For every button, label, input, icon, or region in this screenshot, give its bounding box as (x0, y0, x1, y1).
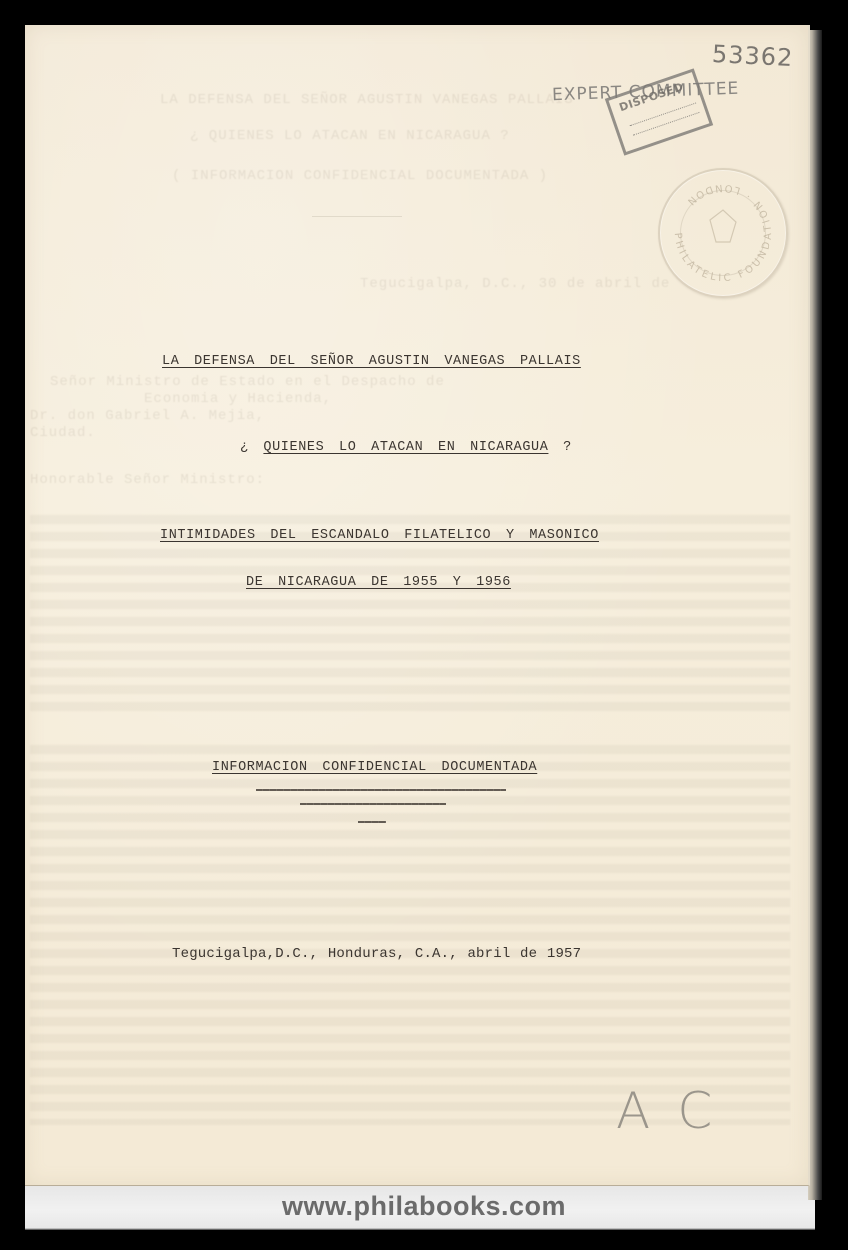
initials-stamp: AC (616, 1082, 740, 1140)
bleed-header-1: LA DEFENSA DEL SEÑOR AGUSTIN VANEGAS PAL… (160, 92, 574, 108)
bleed-paragraph-texture (30, 515, 790, 715)
subtitle-line: ¿ QUIENES LO ATACAN EN NICARAGUA ? (240, 440, 572, 455)
page-stack-edge (808, 30, 822, 1200)
decorative-rule-1 (256, 789, 506, 791)
stamp-dotted-line (633, 112, 700, 136)
title-line-2: INTIMIDADES DEL ESCANDALO FILATELICO Y M… (160, 528, 599, 543)
title-line-4-text: INFORMACION CONFIDENCIAL DOCUMENTADA (212, 760, 537, 775)
seal-text-ring: PHILATELIC FOUNDATION · LONDON (660, 170, 786, 296)
bleed-address-4: Ciudad. (30, 425, 96, 442)
title-line-1-text: LA DEFENSA DEL SEÑOR AGUSTIN VANEGAS PAL… (162, 354, 581, 369)
title-line-3: DE NICARAGUA DE 1955 Y 1956 (246, 575, 511, 590)
title-line-2-text: INTIMIDADES DEL ESCANDALO FILATELICO Y M… (160, 528, 599, 543)
decorative-rule-3 (358, 821, 386, 823)
title-line-3-text: DE NICARAGUA DE 1955 Y 1956 (246, 575, 511, 590)
subtitle-open-question: ¿ (240, 440, 249, 455)
bleed-salutation: Honorable Señor Ministro: (30, 472, 265, 488)
bleed-header-2: ¿ QUIENES LO ATACAN EN NICARAGUA ? (190, 128, 510, 144)
bleed-rule (312, 216, 402, 217)
decorative-rule-2 (300, 803, 446, 805)
bleed-dateline: Tegucigalpa, D.C., 30 de abril de (360, 276, 670, 292)
bleed-header-3: ( INFORMACION CONFIDENCIAL DOCUMENTADA ) (172, 168, 548, 184)
subtitle-text: QUIENES LO ATACAN EN NICARAGUA (263, 440, 548, 455)
title-line-1: LA DEFENSA DEL SEÑOR AGUSTIN VANEGAS PAL… (162, 354, 581, 369)
bleed-address-1: Señor Ministro de Estado en el Despacho … (50, 374, 445, 391)
svg-text:PHILATELIC FOUNDATION · LONDON: PHILATELIC FOUNDATION · LONDON (672, 182, 774, 285)
place-date: Tegucigalpa,D.C., Honduras, C.A., abril … (172, 946, 581, 962)
embossed-seal-icon: PHILATELIC FOUNDATION · LONDON (658, 168, 788, 298)
bleed-address-3: Dr. don Gabriel A. Mejia, (30, 408, 265, 425)
website-watermark: www.philabooks.com (0, 1191, 848, 1222)
bleed-address-2: Economia y Hacienda, (50, 391, 332, 408)
subtitle-close-question: ? (563, 440, 572, 455)
catalog-number: 53362 (711, 40, 794, 72)
bleed-paragraph-texture-2 (30, 745, 790, 1125)
title-line-4: INFORMACION CONFIDENCIAL DOCUMENTADA (212, 760, 537, 775)
